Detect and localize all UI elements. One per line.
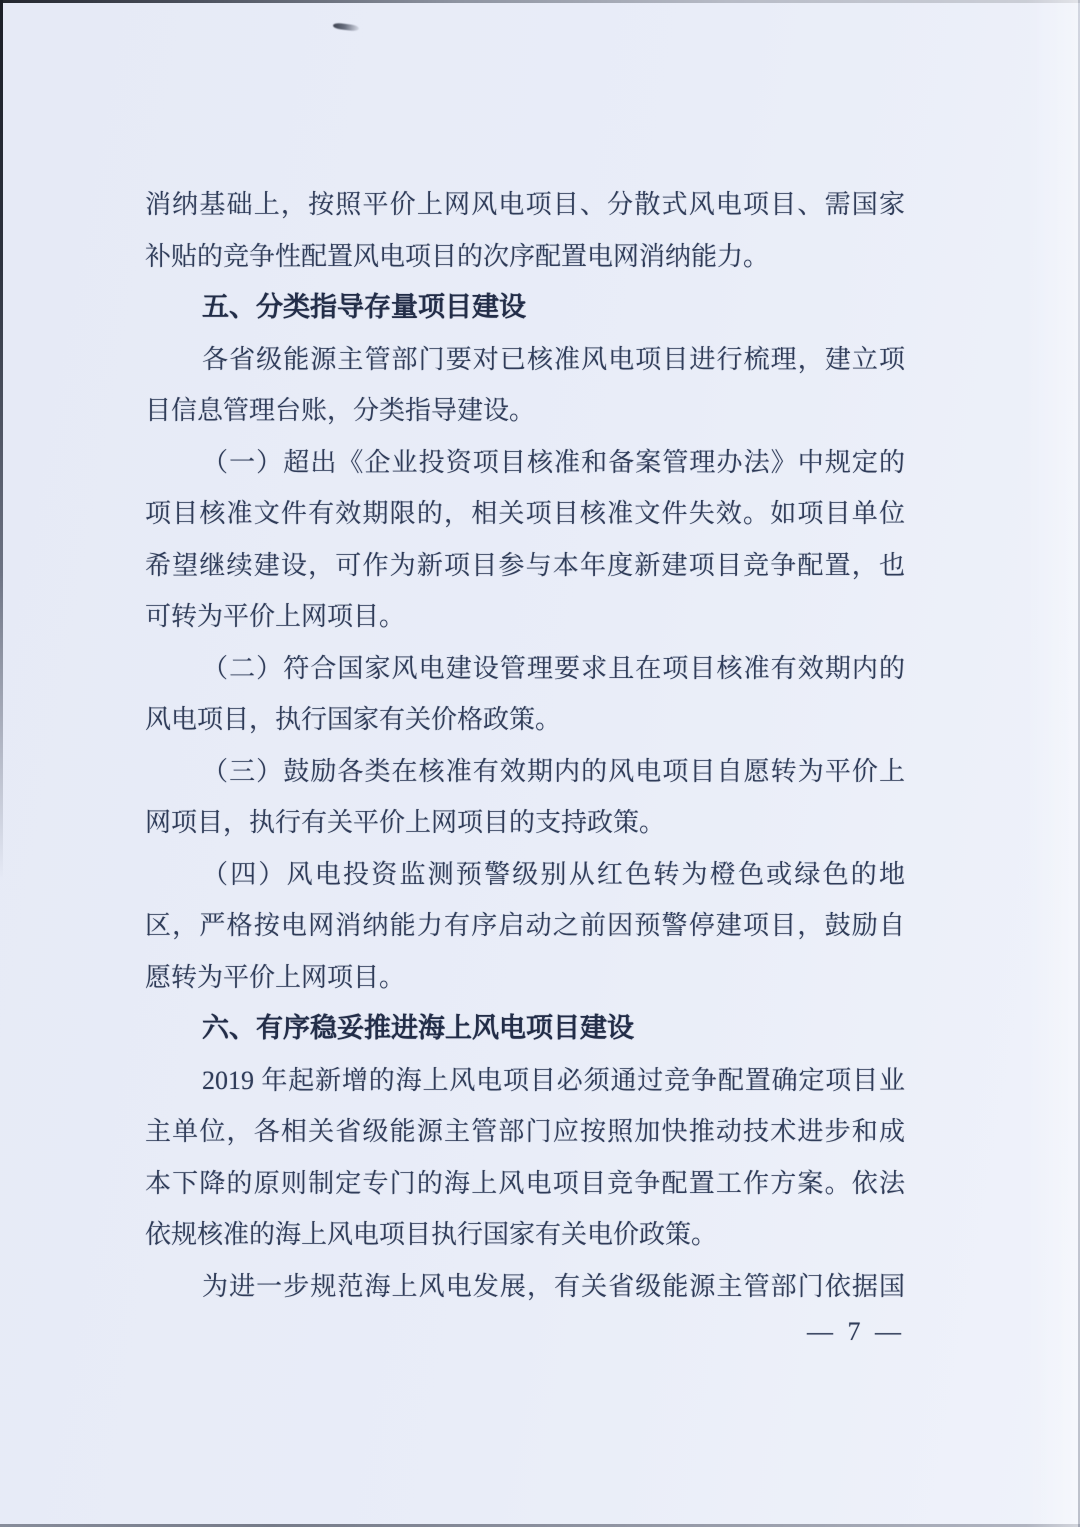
text-line: 希望继续建设，可作为新项目参与本年度新建项目竞争配置，也 <box>145 540 905 592</box>
text-line: （三）鼓励各类在核准有效期内的风电项目自愿转为平价上 <box>145 746 905 798</box>
document-text: 消纳基础上，按照平价上网风电项目、分散式风电项目、需国家补贴的竞争性配置风电项目… <box>145 179 905 1312</box>
text-line: 风电项目，执行国家有关价格政策。 <box>145 694 905 746</box>
section-heading: 五、分类指导存量项目建设 <box>145 282 905 334</box>
text-line: 目信息管理台账，分类指导建设。 <box>145 385 905 437</box>
text-line: 可转为平价上网项目。 <box>145 591 905 643</box>
text-line: 本下降的原则制定专门的海上风电项目竞争配置工作方案。依法 <box>145 1158 905 1210</box>
text-line: （二）符合国家风电建设管理要求且在项目核准有效期内的 <box>145 643 905 695</box>
document-page: 消纳基础上，按照平价上网风电项目、分散式风电项目、需国家补贴的竞争性配置风电项目… <box>0 0 1080 1527</box>
scan-edge-top <box>0 0 1080 3</box>
page-number: — 7 — <box>807 1312 905 1352</box>
text-line: 网项目，执行有关平价上网项目的支持政策。 <box>145 797 905 849</box>
scan-edge-left <box>0 0 3 880</box>
text-line: 依规核准的海上风电项目执行国家有关电价政策。 <box>145 1209 905 1261</box>
text-line: 主单位，各相关省级能源主管部门应按照加快推动技术进步和成 <box>145 1106 905 1158</box>
text-line: （一）超出《企业投资项目核准和备案管理办法》中规定的 <box>145 437 905 489</box>
text-line: 各省级能源主管部门要对已核准风电项目进行梳理，建立项 <box>145 334 905 386</box>
text-line: 项目核准文件有效期限的，相关项目核准文件失效。如项目单位 <box>145 488 905 540</box>
scan-smudge-mark <box>333 22 360 31</box>
section-heading: 六、有序稳妥推进海上风电项目建设 <box>145 1003 905 1055</box>
text-line: 区，严格按电网消纳能力有序启动之前因预警停建项目，鼓励自 <box>145 900 905 952</box>
text-line: 为进一步规范海上风电发展，有关省级能源主管部门依据国 <box>145 1261 905 1313</box>
scan-light-band <box>1026 0 1078 1527</box>
text-line: 愿转为平价上网项目。 <box>145 952 905 1004</box>
text-line: （四）风电投资监测预警级别从红色转为橙色或绿色的地 <box>145 849 905 901</box>
text-line: 2019 年起新增的海上风电项目必须通过竞争配置确定项目业 <box>145 1055 905 1107</box>
text-line: 消纳基础上，按照平价上网风电项目、分散式风电项目、需国家 <box>145 179 905 231</box>
text-line: 补贴的竞争性配置风电项目的次序配置电网消纳能力。 <box>145 231 905 283</box>
